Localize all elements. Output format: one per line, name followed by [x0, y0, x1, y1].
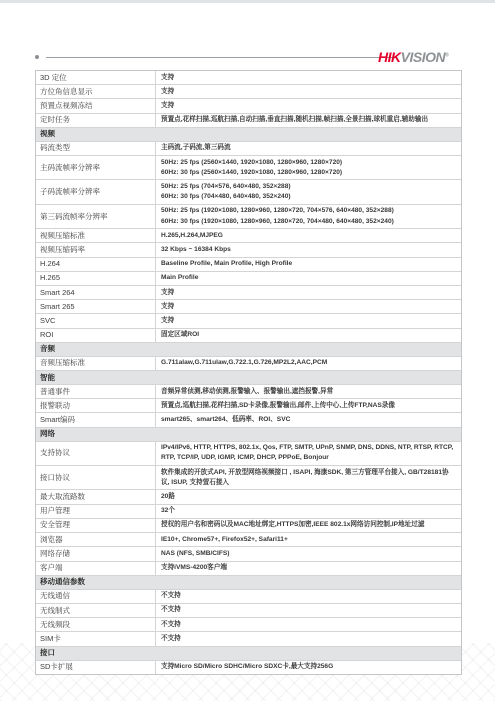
spec-row: Smart 264支持: [36, 286, 461, 300]
spec-value: 不支持: [156, 618, 461, 631]
spec-row: 无线频段不支持: [36, 618, 461, 632]
spec-row: 浏览器IE10+, Chrome57+, Firefox52+, Safari1…: [36, 533, 461, 547]
section-title: 智能: [36, 371, 59, 384]
spec-row: ROI固定区域ROI: [36, 329, 461, 343]
spec-value: 32 Kbps ~ 16384 Kbps: [156, 243, 461, 256]
spec-label: 无线通信: [36, 590, 156, 603]
spec-value: IPv4/IPv6, HTTP, HTTPS, 802.1x, Qos, FTP…: [156, 442, 461, 465]
bullet-dot-icon: [35, 55, 39, 59]
spec-value: Baseline Profile, Main Profile, High Pro…: [156, 258, 461, 271]
spec-row: Smart编码smart265、smart264、低码率、ROI、SVC: [36, 413, 461, 427]
spec-label: 主码流帧率分辨率: [36, 156, 156, 179]
spec-value: H.265,H.264,MJPEG: [156, 229, 461, 242]
spec-label: 音频压缩标准: [36, 357, 156, 370]
spec-label: Smart编码: [36, 413, 156, 426]
spec-row: 接口协议软件集成的开放式API, 开放型网络视频接口 , ISAPI, 海康SD…: [36, 466, 461, 490]
spec-label: 无线制式: [36, 604, 156, 617]
section-header-row: 智能: [36, 371, 461, 385]
spec-label: H.264: [36, 258, 156, 271]
spec-value: 不支持: [156, 604, 461, 617]
top-accent-bar: [0, 0, 495, 3]
spec-value: 音频异常侦测,移动侦测,报警输入、报警输出,遮挡报警,异常: [156, 385, 461, 398]
spec-row: 报警联动预置点,巡航扫描,花样扫描,SD卡录像,报警输出,邮件,上传中心,上传F…: [36, 399, 461, 413]
spec-value: 32个: [156, 505, 461, 518]
section-title: 视频: [36, 128, 59, 141]
header-rule: [46, 57, 393, 58]
spec-value: 支持: [156, 300, 461, 313]
spec-label: H.265: [36, 272, 156, 285]
spec-value: 支持: [156, 85, 461, 98]
spec-row: 无线通信不支持: [36, 590, 461, 604]
spec-value: 支持: [156, 286, 461, 299]
spec-row: 方位角信息显示支持: [36, 85, 461, 99]
spec-value: 支持: [156, 314, 461, 327]
spec-value: smart265、smart264、低码率、ROI、SVC: [156, 413, 461, 426]
spec-row: 视频压缩标准H.265,H.264,MJPEG: [36, 229, 461, 243]
section-header-row: 音频: [36, 343, 461, 357]
spec-value: 50Hz: 25 fps (2560×1440, 1920×1080, 1280…: [156, 156, 461, 179]
spec-value: 支持: [156, 99, 461, 112]
spec-row: 视频压缩码率32 Kbps ~ 16384 Kbps: [36, 243, 461, 257]
spec-value: 支持: [156, 71, 461, 84]
spec-row: 主码流帧率分辨率50Hz: 25 fps (2560×1440, 1920×10…: [36, 156, 461, 180]
spec-label: 第三码流帧率分辨率: [36, 205, 156, 228]
spec-label: 视频压缩码率: [36, 243, 156, 256]
spec-label: 3D 定位: [36, 71, 156, 84]
spec-label: SD卡扩展: [36, 661, 156, 674]
spec-row: 3D 定位支持: [36, 71, 461, 85]
spec-value: 预置点,巡航扫描,花样扫描,SD卡录像,报警输出,邮件,上传中心,上传FTP,N…: [156, 399, 461, 412]
spec-label: 视频压缩标准: [36, 229, 156, 242]
spec-value: 50Hz: 25 fps (1920×1080, 1280×960, 1280×…: [156, 205, 461, 228]
spec-value: 不支持: [156, 632, 461, 645]
spec-value: 20路: [156, 490, 461, 503]
spec-row: 支持协议IPv4/IPv6, HTTP, HTTPS, 802.1x, Qos,…: [36, 442, 461, 466]
spec-value: IE10+, Chrome57+, Firefox52+, Safari11+: [156, 533, 461, 546]
hikvision-logo: HIKVISION®: [378, 49, 468, 65]
spec-value: 软件集成的开放式API, 开放型网络视频接口 , ISAPI, 海康SDK, 第…: [156, 466, 461, 489]
spec-value: 不支持: [156, 590, 461, 603]
spec-label: 支持协议: [36, 442, 156, 465]
spec-label: Smart 264: [36, 286, 156, 299]
spec-label: 浏览器: [36, 533, 156, 546]
spec-label: 预置点视频冻结: [36, 99, 156, 112]
spec-label: 安全管理: [36, 519, 156, 532]
spec-row: 音频压缩标准G.711alaw,G.711ulaw,G.722.1,G.726,…: [36, 357, 461, 371]
spec-row: SVC支持: [36, 314, 461, 328]
spec-table: 3D 定位支持方位角信息显示支持预置点视频冻结支持定时任务预置点,花样扫描,巡航…: [35, 70, 462, 675]
section-header-row: 接口: [36, 647, 461, 661]
spec-label: 定时任务: [36, 114, 156, 127]
spec-label: SVC: [36, 314, 156, 327]
spec-label: 接口协议: [36, 466, 156, 489]
spec-row: 客户端支持iVMS-4200客户端: [36, 562, 461, 576]
spec-label: 网络存储: [36, 547, 156, 560]
spec-label: 最大取流路数: [36, 490, 156, 503]
spec-value: Main Profile: [156, 272, 461, 285]
spec-label: Smart 265: [36, 300, 156, 313]
section-header-row: 网络: [36, 428, 461, 442]
logo-vision-text: VISION: [401, 49, 445, 65]
spec-row: Smart 265支持: [36, 300, 461, 314]
section-header-row: 移动通信参数: [36, 576, 461, 590]
section-header-row: 视频: [36, 128, 461, 142]
spec-value: 支持Micro SD/Micro SDHC/Micro SDXC卡,最大支持25…: [156, 661, 461, 674]
spec-label: 报警联动: [36, 399, 156, 412]
spec-label: 普通事件: [36, 385, 156, 398]
spec-label: 子码流帧率分辨率: [36, 180, 156, 203]
spec-value: 50Hz: 25 fps (704×576, 640×480, 352×288)…: [156, 180, 461, 203]
spec-value: 固定区域ROI: [156, 329, 461, 342]
spec-label: 码流类型: [36, 142, 156, 155]
registered-mark: ®: [445, 52, 448, 58]
spec-row: SIM卡不支持: [36, 632, 461, 646]
spec-row: 最大取流路数20路: [36, 490, 461, 504]
spec-row: SD卡扩展支持Micro SD/Micro SDHC/Micro SDXC卡,最…: [36, 661, 461, 674]
spec-row: 子码流帧率分辨率50Hz: 25 fps (704×576, 640×480, …: [36, 180, 461, 204]
spec-row: H.265Main Profile: [36, 272, 461, 286]
spec-row: 第三码流帧率分辨率50Hz: 25 fps (1920×1080, 1280×9…: [36, 205, 461, 229]
spec-label: ROI: [36, 329, 156, 342]
section-title: 接口: [36, 647, 59, 660]
spec-row: 码流类型主码流,子码流,第三码流: [36, 142, 461, 156]
spec-value: 主码流,子码流,第三码流: [156, 142, 461, 155]
spec-row: 用户管理32个: [36, 505, 461, 519]
spec-value: 支持iVMS-4200客户端: [156, 562, 461, 575]
spec-row: H.264Baseline Profile, Main Profile, Hig…: [36, 258, 461, 272]
logo-hik-text: HIK: [378, 49, 401, 65]
spec-label: 无线频段: [36, 618, 156, 631]
spec-value: 预置点,花样扫描,巡航扫描,自动扫描,垂直扫描,随机扫描,帧扫描,全景扫描,球机…: [156, 114, 461, 127]
spec-row: 定时任务预置点,花样扫描,巡航扫描,自动扫描,垂直扫描,随机扫描,帧扫描,全景扫…: [36, 114, 461, 128]
spec-label: SIM卡: [36, 632, 156, 645]
section-title: 音频: [36, 343, 59, 356]
spec-label: 方位角信息显示: [36, 85, 156, 98]
section-title: 移动通信参数: [36, 576, 89, 589]
spec-row: 安全管理授权的用户名和密码以及MAC地址绑定,HTTPS加密,IEEE 802.…: [36, 519, 461, 533]
spec-row: 普通事件音频异常侦测,移动侦测,报警输入、报警输出,遮挡报警,异常: [36, 385, 461, 399]
spec-value: 授权的用户名和密码以及MAC地址绑定,HTTPS加密,IEEE 802.1x网络…: [156, 519, 461, 532]
spec-row: 网络存储NAS (NFS, SMB/CIFS): [36, 547, 461, 561]
spec-row: 无线制式不支持: [36, 604, 461, 618]
spec-label: 用户管理: [36, 505, 156, 518]
spec-value: G.711alaw,G.711ulaw,G.722.1,G.726,MP2L2,…: [156, 357, 461, 370]
section-title: 网络: [36, 428, 59, 441]
spec-row: 预置点视频冻结支持: [36, 99, 461, 113]
spec-value: NAS (NFS, SMB/CIFS): [156, 547, 461, 560]
page-header: HIKVISION®: [0, 24, 495, 44]
spec-label: 客户端: [36, 562, 156, 575]
